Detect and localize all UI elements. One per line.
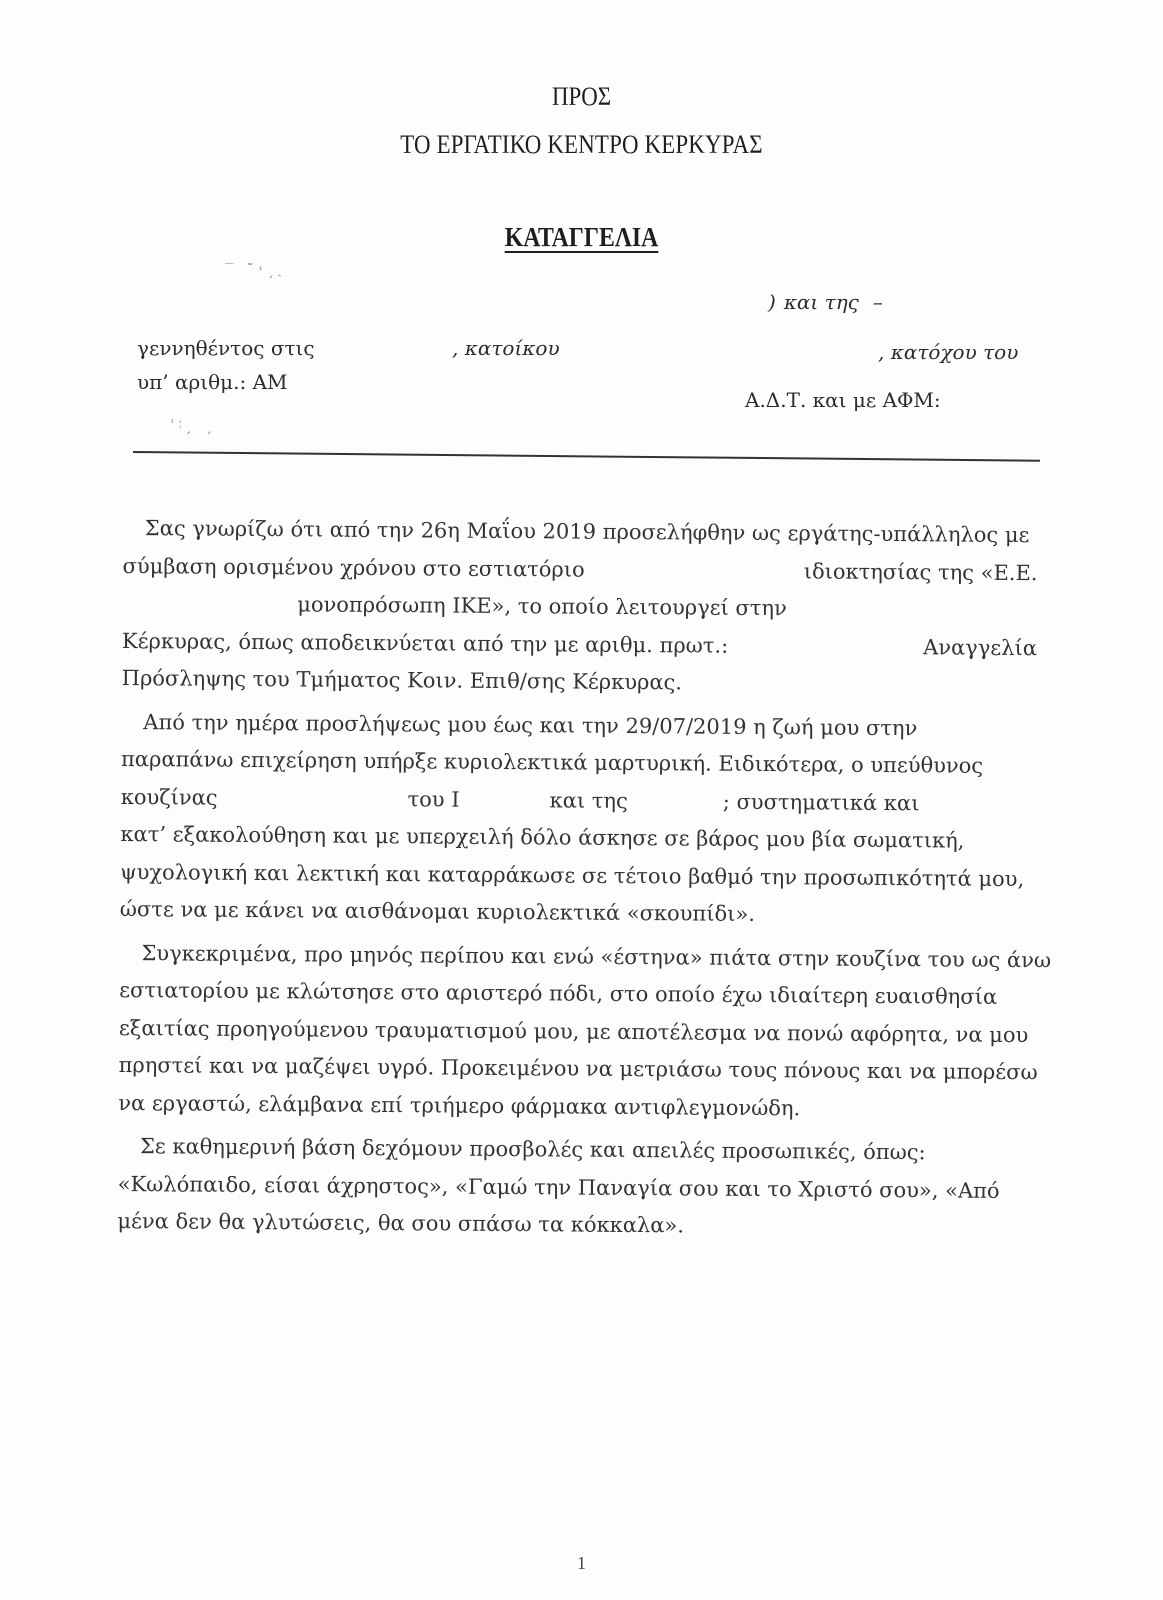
preamble-holder-label: , κατόχου του (878, 340, 1018, 364)
page-number: 1 (0, 1553, 1163, 1574)
complaint-body: Σας γνωρίζω ότι από την 26η Μαΐου 2019 π… (117, 510, 1038, 1248)
body-line: μένα δεν θα γλυτώσεις, θα σου σπάσω τα κ… (117, 1203, 1032, 1248)
addressee-organization: ΤΟ ΕΡΓΑΤΙΚΟ ΚΕΝΤΡΟ ΚΕΡΚΥΡΑΣ (70, 130, 1093, 160)
preamble-residence-label: , κατοίκου (452, 336, 560, 360)
preamble-adt-afm-label: Α.Δ.Τ. και με ΑΦΜ: (745, 388, 941, 412)
redacted-name-residue: ‾ ˜˒ˏ˰ (225, 262, 284, 279)
redacted-afm-residue: ˈ˸ˏ ˏ (168, 418, 216, 435)
preamble-am-label: υπ’ αριθμ.: ΑΜ (137, 370, 288, 394)
preamble-line1-right: )και της– (768, 290, 883, 314)
addressee-prefix: ΠΡΟΣ (70, 82, 1093, 112)
document-title: ΚΑΤΑΓΓΕΛΙΑ (70, 222, 1093, 253)
body-line: Πρόσληψης του Τμήματος Κοιν. Επιθ/σης Κέ… (122, 660, 1037, 705)
body-line: παραπάνω επιχείρηση υπήρξε κυριολεκτικά … (121, 741, 1036, 786)
preamble-birth-label: γεννηθέντος στις (137, 336, 315, 360)
document-page: ΠΡΟΣ ΤΟ ΕΡΓΑΤΙΚΟ ΚΕΝΤΡΟ ΚΕΡΚΥΡΑΣ ΚΑΤΑΓΓΕ… (0, 0, 1163, 1600)
body-line: ώστε να με κάνει να αισθάνομαι κυριολεκτ… (120, 891, 1035, 936)
document-title-text: ΚΑΤΑΓΓΕΛΙΑ (505, 222, 659, 252)
header-divider (133, 451, 1040, 462)
body-line: να εργαστώ, ελάμβανα επί τριήμερο φάρμακ… (118, 1084, 1033, 1129)
body-line: σύμβαση ορισμένου χρόνου στο εστιατόριοι… (122, 547, 1037, 592)
